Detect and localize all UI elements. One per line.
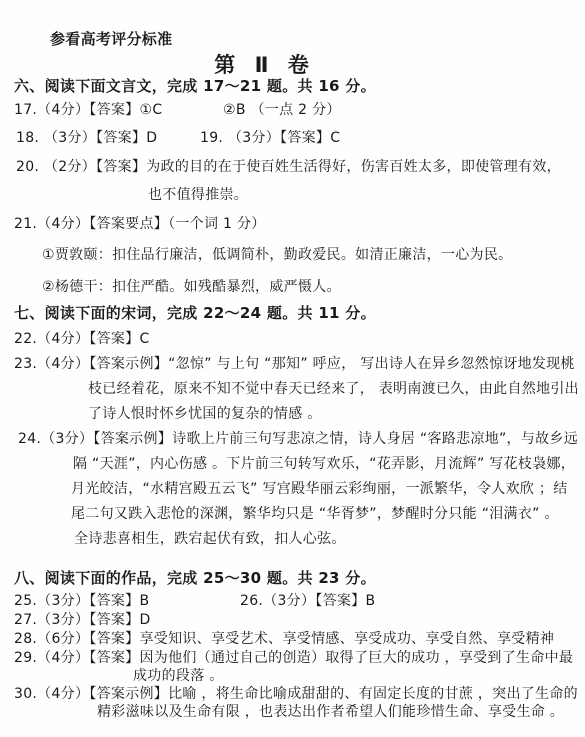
header-note: 参看高考评分标准: [50, 30, 172, 48]
q26-answer: 26.（3分）【答案】B: [240, 592, 375, 610]
q23-answer-line2: 枝已经着花，原来不知不觉中春天已经来了， 表明南渡已久，由此自然地引出: [88, 380, 579, 398]
q18-answer: 18. （3分）【答案】D: [16, 129, 157, 147]
q30-answer-line1: 30.（4分）【答案示例】比喻 ，将生命比喻成甜甜的、有固定长度的甘蔗 ，突出了…: [14, 685, 578, 703]
q29-answer-line2: 成功的段落 。: [133, 667, 224, 685]
q24-answer-line5: 全诗悲喜相生，跌宕起伏有致，扣人心弦。: [74, 530, 346, 548]
q23-answer-line1: 23.（4分）【答案示例】“忽惊” 与上句 “那知” 呼应， 写出诗人在异乡忽然…: [14, 355, 575, 373]
answer-key-page: 参看高考评分标准 第 Ⅱ 卷 六、阅读下面文言文，完成 17～21 题。共 16…: [0, 0, 585, 737]
section-6-header: 六、阅读下面文言文，完成 17～21 题。共 16 分。: [14, 77, 376, 95]
q21-answer-points: 21.（4分）【答案要点】（一个词 1 分）: [14, 215, 266, 233]
q20-answer-line1: 20. （2分）【答案】为政的目的在于使百姓生活得好，伤害百姓太多，即使管理有效…: [16, 158, 561, 176]
q21-item-2: ②杨德干：扣住严酷。如残酷暴烈，威严慑人。: [42, 278, 341, 296]
q24-answer-line3: 月光皎洁，“水精宫殿五云飞” 写宫殿华丽云彩绚丽，一派繁华，令人欢欣 ；结: [71, 480, 568, 498]
q28-answer: 28.（6分）【答案】享受知识、享受艺术、享受情感、享受成功、享受自然、享受精神: [14, 630, 554, 648]
q30-answer-line2: 精彩滋味以及生命有限 ，也表达出作者希望人们能珍惜生命、享受生命 。: [97, 703, 564, 721]
page-title: 第 Ⅱ 卷: [0, 49, 557, 79]
section-8-header: 八、阅读下面的作品，完成 25～30 题。共 23 分。: [14, 569, 376, 587]
q24-answer-line2: 隔 “天涯”，内心伤感 。下片前三句转写欢乐，“花弄影，月流辉” 写花枝袅娜，: [73, 455, 575, 473]
q21-item-1: ①贾敦颐：扣住品行廉洁，低调简朴，勤政爱民。如清正廉洁，一心为民。: [42, 246, 512, 264]
q24-answer-line1: 24.（3分）【答案示例】诗歌上片前三句写悲凉之情，诗人身居 “客路悲凉地”，与…: [18, 430, 578, 448]
q24-answer-line4: 尾二句又跌入悲怆的深渊，繁华均只是 “华胥梦”，梦醒时分只能 “泪满衣” 。: [71, 505, 559, 523]
q29-answer-line1: 29.（4分）【答案】因为他们（通过自己的创造）取得了巨大的成功 ，享受到了生命…: [14, 649, 573, 667]
q25-answer: 25.（3分）【答案】B: [14, 592, 149, 610]
q17-answer-part2: ②B （一点 2 分）: [223, 101, 341, 119]
q17-answer: 17.（4分）【答案】①C: [14, 101, 162, 119]
q23-answer-line3: 了诗人恨时怀乡忧国的复杂的情感 。: [88, 405, 322, 423]
q19-answer: 19. （3分）【答案】C: [200, 129, 340, 147]
q20-answer-line2: 也不值得推崇。: [148, 186, 248, 204]
section-7-header: 七、阅读下面的宋词，完成 22～24 题。共 11 分。: [14, 304, 376, 322]
q22-answer: 22.（4分）【答案】C: [14, 330, 150, 348]
q27-answer: 27.（3分）【答案】D: [14, 611, 151, 629]
